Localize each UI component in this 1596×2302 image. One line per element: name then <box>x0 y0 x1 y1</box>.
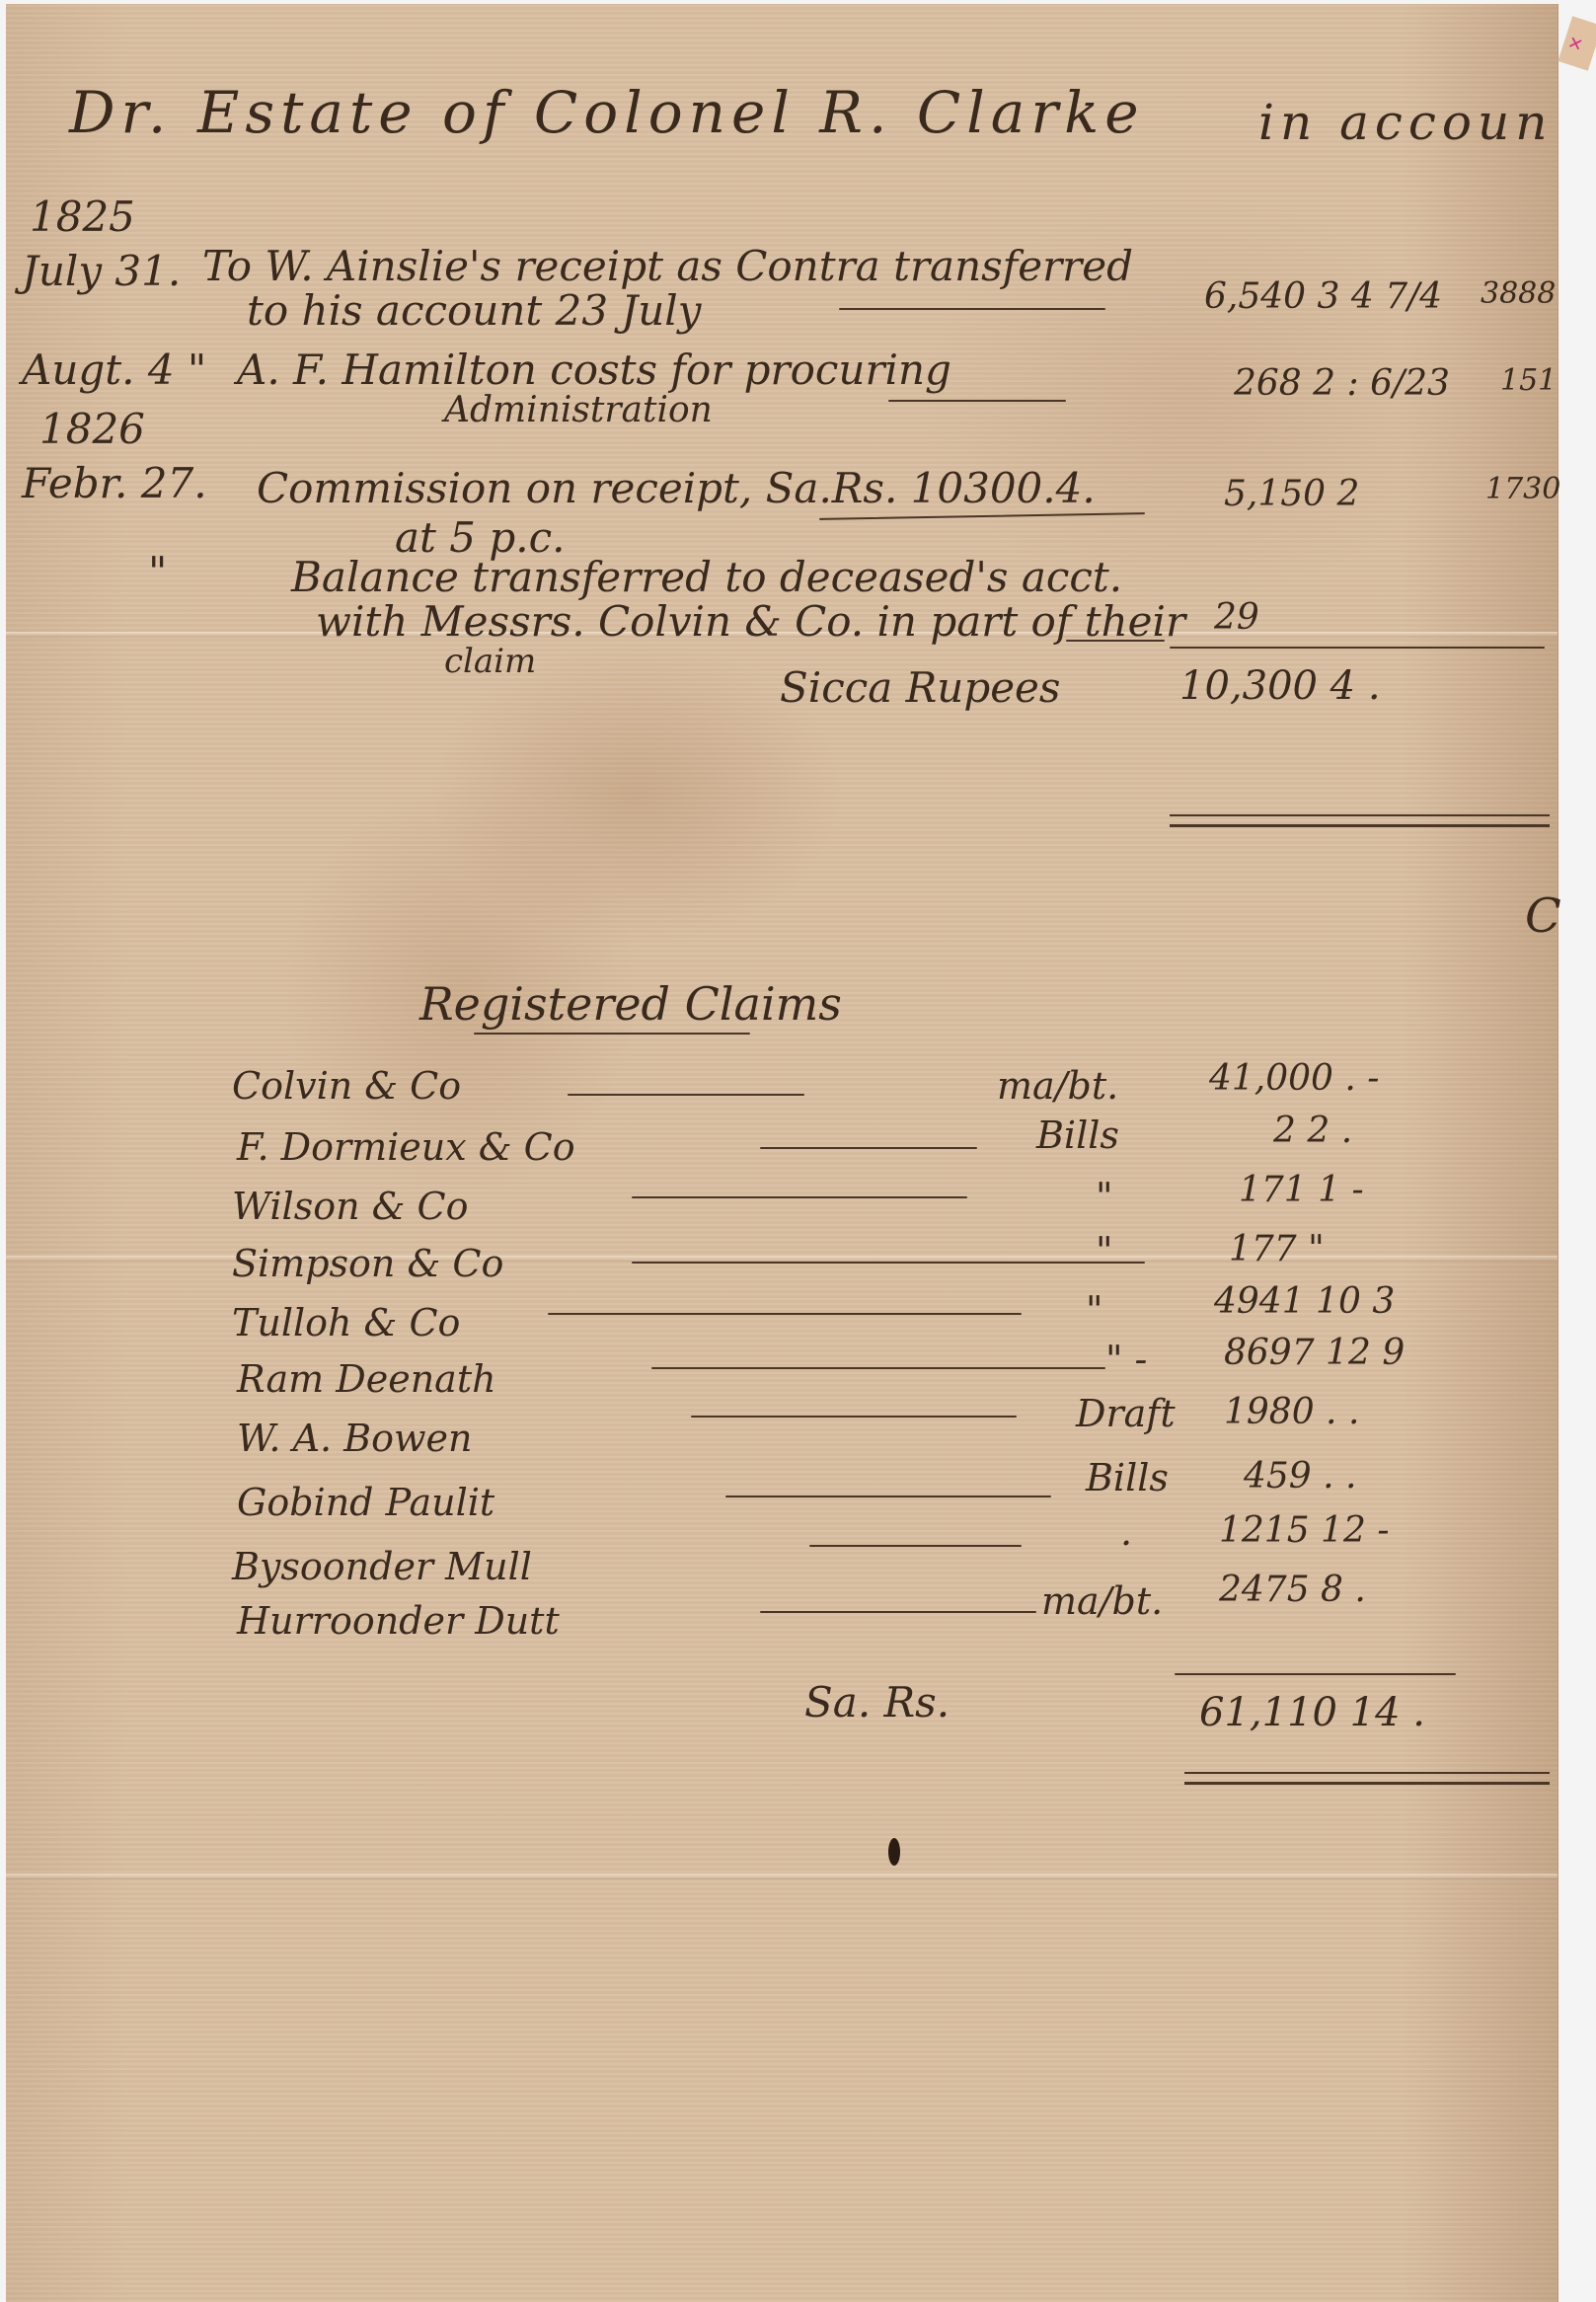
entry-amount: 268 2 : 6/23 <box>1234 363 1450 404</box>
claim-type: . <box>1120 1510 1132 1554</box>
claims-total-amount: 61,110 14 . <box>1199 1690 1425 1735</box>
claim-type: " <box>1096 1175 1112 1218</box>
claim-type: Draft <box>1076 1392 1176 1435</box>
total-label: Sicca Rupees <box>780 663 1060 712</box>
entry-description: To W. Ainslie's receipt as Contra transf… <box>202 242 1133 290</box>
leader-line <box>760 1611 1036 1613</box>
entry-date: Febr. 27. <box>22 459 207 507</box>
claim-amount: 459 . . <box>1244 1456 1357 1496</box>
claim-name: Hurroonder Dutt <box>237 1599 560 1643</box>
leader-line <box>809 1545 1022 1547</box>
entry-side-figure: 1730 <box>1485 472 1560 506</box>
leader-line <box>839 308 1105 310</box>
leader-line <box>568 1094 804 1096</box>
pink-cross-icon: ✕ <box>1565 33 1586 57</box>
leader-line <box>548 1313 1022 1315</box>
claim-type: ma/bt. <box>1041 1579 1163 1623</box>
entry-date: July 31. <box>22 247 181 295</box>
heading-underline <box>474 1033 750 1035</box>
leader-line <box>1066 640 1165 642</box>
fold-crease <box>6 1874 1558 1880</box>
claim-name: Gobind Paulit <box>237 1481 494 1524</box>
leader-line <box>632 1262 1145 1264</box>
claim-name: Tulloh & Co <box>232 1301 460 1344</box>
claim-amount: 8697 12 9 <box>1224 1333 1405 1373</box>
claim-name: Bysoonder Mull <box>232 1545 532 1588</box>
sum-line <box>1170 647 1545 649</box>
claim-type: " - <box>1105 1338 1147 1381</box>
claim-name: Ram Deenath <box>237 1357 496 1401</box>
claim-name: F. Dormieux & Co <box>237 1125 575 1169</box>
entry-amount: 29 <box>1214 597 1259 638</box>
leader-line <box>632 1196 967 1198</box>
double-rule <box>1184 1772 1550 1785</box>
leader-line <box>760 1147 977 1149</box>
ink-blot <box>888 1838 900 1866</box>
heading-title: Estate of Colonel R. Clarke <box>197 79 1145 146</box>
heading-dr: Dr. <box>69 79 172 146</box>
entry-year: 1825 <box>30 192 135 241</box>
leader-line <box>691 1416 1017 1418</box>
double-rule <box>1170 814 1550 827</box>
claim-amount: 171 1 - <box>1239 1170 1364 1210</box>
entry-year: 1826 <box>39 405 145 453</box>
torn-edge <box>1559 1209 1596 1259</box>
entry-description: Administration <box>444 390 713 430</box>
claim-amount: 1215 12 - <box>1219 1510 1389 1551</box>
claim-name: Colvin & Co <box>232 1064 461 1108</box>
entry-description: Balance transferred to deceased's acct. <box>291 553 1122 601</box>
claim-type: Bills <box>1036 1113 1119 1157</box>
claim-amount: 1980 . . <box>1224 1392 1359 1432</box>
claims-total-label: Sa. Rs. <box>804 1678 950 1726</box>
entry-description: A. F. Hamilton costs for procuring <box>237 345 951 394</box>
entry-description: with Messrs. Colvin & Co. in part of the… <box>316 597 1185 646</box>
total-amount: 10,300 4 . <box>1179 663 1381 709</box>
margin-letter: C <box>1525 888 1561 944</box>
claim-amount: 41,000 . - <box>1209 1058 1379 1099</box>
entry-date: " <box>148 548 167 596</box>
claim-type: " <box>1096 1229 1112 1272</box>
claim-amount: 177 " <box>1229 1229 1325 1269</box>
claim-name: Wilson & Co <box>232 1185 469 1228</box>
sum-line <box>1175 1673 1456 1675</box>
entry-description: to his account 23 July <box>247 286 701 335</box>
claim-name: Simpson & Co <box>232 1242 503 1285</box>
entry-description: Commission on receipt, Sa.Rs. 10300.4. <box>257 464 1096 512</box>
heading-continuation: in accoun <box>1258 94 1553 151</box>
entry-amount: 5,150 2 <box>1224 474 1359 514</box>
claim-type: ma/bt. <box>997 1064 1118 1108</box>
entry-amount: 6,540 3 4 7/4 <box>1204 276 1442 317</box>
entry-side-figure: 3888 <box>1481 276 1556 311</box>
claim-type: Bills <box>1086 1456 1169 1499</box>
entry-side-figure: 151 <box>1500 363 1557 398</box>
corner-tab-mark: ✕ <box>1558 16 1596 71</box>
leader-line <box>888 400 1066 402</box>
entry-date: Augt. 4 " <box>22 345 206 394</box>
entry-description: claim <box>444 642 536 681</box>
claim-amount: 4941 10 3 <box>1214 1281 1395 1322</box>
leader-line <box>725 1496 1051 1497</box>
claim-type: " <box>1086 1288 1102 1332</box>
leader-line <box>651 1367 1105 1369</box>
torn-edge <box>1571 632 1596 661</box>
claim-amount: 2 2 . <box>1273 1111 1352 1151</box>
claim-amount: 2475 8 . <box>1219 1570 1366 1610</box>
claim-name: W. A. Bowen <box>237 1417 472 1460</box>
claims-heading: Registered Claims <box>419 977 842 1031</box>
